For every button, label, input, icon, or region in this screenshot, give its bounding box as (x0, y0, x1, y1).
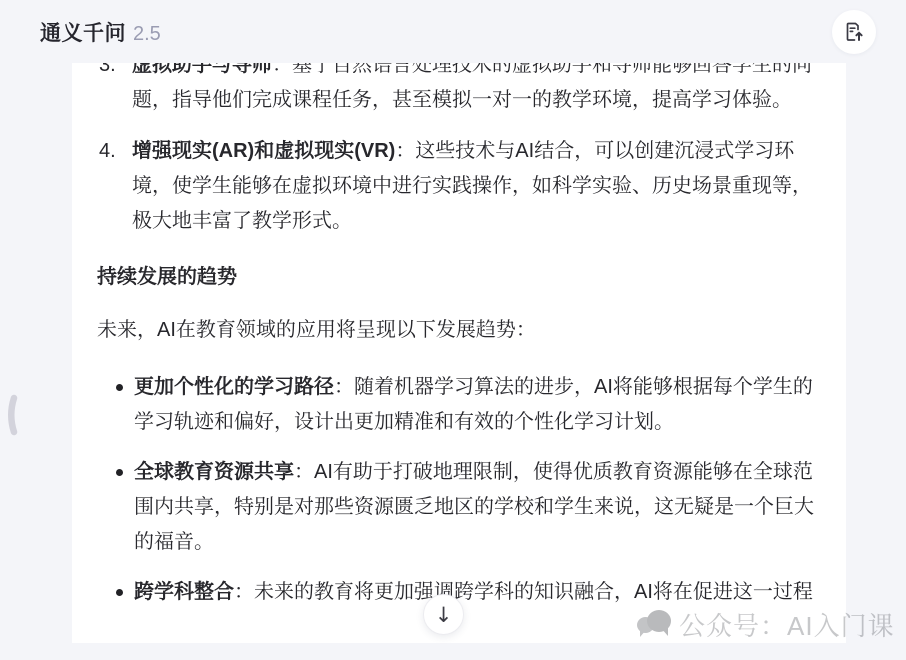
sidebar-collapse-handle[interactable] (4, 394, 20, 436)
export-chat-button[interactable] (832, 10, 876, 54)
document-export-icon (842, 20, 866, 44)
bullet-list-item: 全球教育资源共享：AI有助于打破地理限制，使得优质教育资源能够在全球范围内共享，… (97, 455, 822, 560)
bullet-text: 全球教育资源共享：AI有助于打破地理限制，使得优质教育资源能够在全球范围内共享，… (134, 455, 822, 560)
app-name-label: 通义千问 (40, 17, 126, 47)
item-number: 4. (97, 134, 132, 239)
version-label: 2.5 (133, 23, 161, 46)
numbered-list-item: 3. 虚拟助手与导师：基于自然语言处理技术的虚拟助手和导师能够回答学生的问题，指… (97, 63, 822, 118)
bullet-body: ：未来的教育将更加强调跨学科的知识融合，AI将在促进这一过程 (234, 581, 813, 603)
bullet-dot-icon (116, 384, 123, 391)
bullet-label: 更加个性化的学习路径 (134, 376, 334, 398)
item-label: 增强现实(AR)和虚拟现实(VR) (132, 140, 395, 162)
bullet-list-item: 更加个性化的学习路径：随着机器学习算法的进步，AI将能够根据每个学生的学习轨迹和… (97, 370, 822, 440)
app-title: 通义千问 2.5 (40, 17, 161, 47)
item-text: 虚拟助手与导师：基于自然语言处理技术的虚拟助手和导师能够回答学生的问题，指导他们… (132, 63, 822, 118)
chat-response-card: 3. 虚拟助手与导师：基于自然语言处理技术的虚拟助手和导师能够回答学生的问题，指… (72, 63, 846, 643)
header: 通义千问 2.5 (0, 0, 906, 63)
intro-paragraph: 未来，AI在教育领域的应用将呈现以下发展趋势： (97, 313, 822, 348)
numbered-list: 3. 虚拟助手与导师：基于自然语言处理技术的虚拟助手和导师能够回答学生的问题，指… (97, 63, 822, 239)
numbered-list-item: 4. 增强现实(AR)和虚拟现实(VR)：这些技术与AI结合，可以创建沉浸式学习… (97, 134, 822, 239)
scroll-to-bottom-button[interactable]: ↓ (423, 594, 464, 635)
bullet-dot-icon (116, 469, 123, 476)
item-label: 虚拟助手与导师 (132, 63, 272, 76)
section-heading: 持续发展的趋势 (97, 260, 822, 295)
item-number: 3. (97, 63, 132, 118)
item-text: 增强现实(AR)和虚拟现实(VR)：这些技术与AI结合，可以创建沉浸式学习环境，… (132, 134, 822, 239)
response-content: 3. 虚拟助手与导师：基于自然语言处理技术的虚拟助手和导师能够回答学生的问题，指… (72, 63, 846, 610)
bullet-dot-icon (116, 589, 123, 596)
handle-crescent-icon (4, 424, 20, 439)
bullet-text: 更加个性化的学习路径：随着机器学习算法的进步，AI将能够根据每个学生的学习轨迹和… (134, 370, 822, 440)
bullet-label: 全球教育资源共享 (134, 461, 294, 483)
bullet-list: 更加个性化的学习路径：随着机器学习算法的进步，AI将能够根据每个学生的学习轨迹和… (97, 370, 822, 610)
bullet-text: 跨学科整合：未来的教育将更加强调跨学科的知识融合，AI将在促进这一过程 (134, 575, 822, 610)
bullet-label: 跨学科整合 (134, 581, 234, 603)
arrow-down-icon: ↓ (435, 603, 453, 627)
